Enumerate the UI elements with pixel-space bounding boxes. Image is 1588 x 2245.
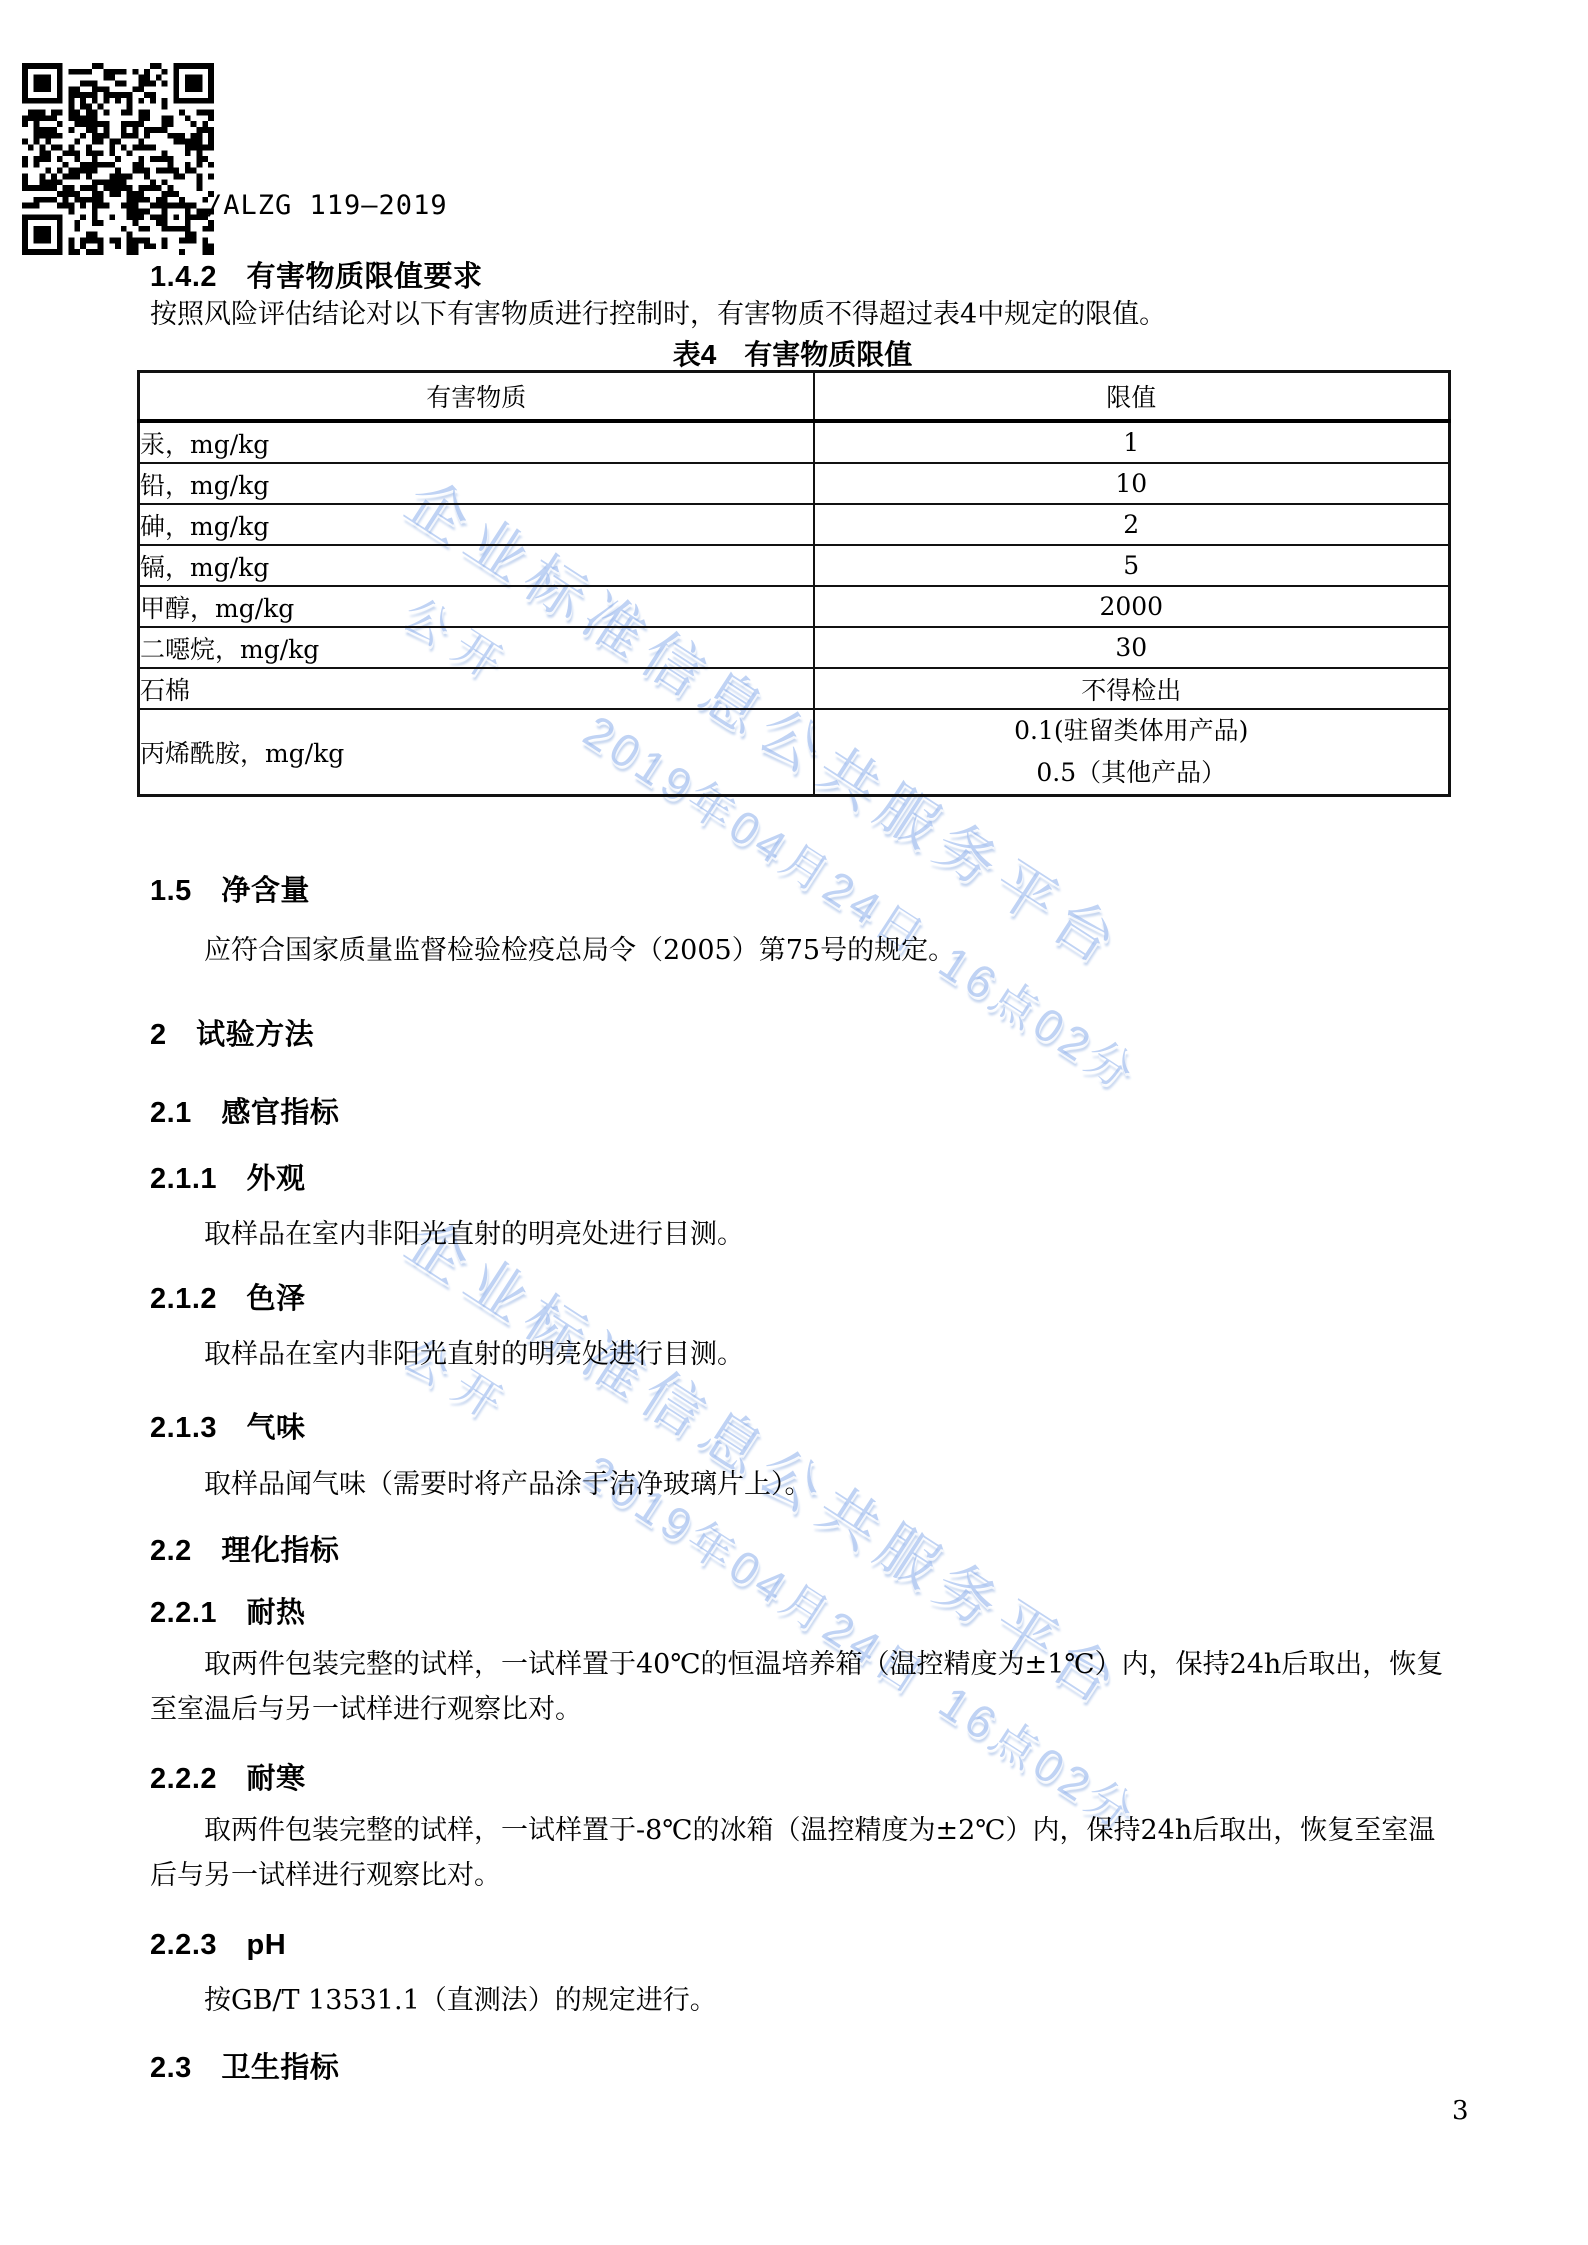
- table-row: 砷，mg/kg 2: [139, 504, 1450, 545]
- substance-cell: 石棉: [139, 668, 814, 709]
- section-1-5-title: 1.5 净含量: [150, 868, 310, 909]
- section-1-4-2-body: 按照风险评估结论对以下有害物质进行控制时，有害物质不得超过表4中规定的限值。: [150, 292, 1452, 337]
- watermark-lower: 企业标准信息公共服务平台 公开 2019年04月24日 16点02分: [304, 1170, 1212, 1845]
- table-row: 二噁烷，mg/kg 30: [139, 627, 1450, 668]
- section-2-1-3-title: 2.1.3 气味: [150, 1405, 306, 1446]
- section-2-2-1-title: 2.2.1 耐热: [150, 1590, 306, 1631]
- substance-cell: 铅，mg/kg: [139, 463, 814, 504]
- table-row: 镉，mg/kg 5: [139, 545, 1450, 586]
- limit-cell: 30: [814, 627, 1450, 668]
- table-header-row: 有害物质 限值: [139, 372, 1450, 422]
- table4-harmful-substance-limits: 有害物质 限值 汞，mg/kg 1 铅，mg/kg 10 砷，mg/kg 2 镉…: [137, 370, 1451, 797]
- limit-cell: 1: [814, 421, 1450, 463]
- substance-cell: 砷，mg/kg: [139, 504, 814, 545]
- section-2-2-1-body: 取两件包装完整的试样，一试样置于40℃的恒温培养箱（温控精度为±1℃）内，保持2…: [150, 1642, 1452, 1732]
- section-2-1-title: 2.1 感官指标: [150, 1090, 339, 1131]
- section-2-2-3-body: 按GB/T 13531.1（直测法）的规定进行。: [150, 1978, 1452, 2023]
- column-header-limit: 限值: [814, 372, 1450, 422]
- section-1-5-body: 应符合国家质量监督检验检疫总局令（2005）第75号的规定。: [150, 928, 1452, 973]
- table-row: 甲醇，mg/kg 2000: [139, 586, 1450, 627]
- section-1-4-2-title: 1.4.2 有害物质限值要求: [150, 254, 483, 295]
- standard-code: /ALZG 119—2019: [206, 190, 448, 221]
- substance-cell: 汞，mg/kg: [139, 421, 814, 463]
- limit-cell: 2000: [814, 586, 1450, 627]
- section-2-2-2-body: 取两件包装完整的试样，一试样置于-8℃的冰箱（温控精度为±2℃）内，保持24h后…: [150, 1808, 1452, 1898]
- substance-cell: 甲醇，mg/kg: [139, 586, 814, 627]
- page-number: 3: [1452, 2096, 1469, 2126]
- qr-code-icon: [22, 63, 214, 255]
- column-header-substance: 有害物质: [139, 372, 814, 422]
- section-2-1-1-body: 取样品在室内非阳光直射的明亮处进行目测。: [150, 1212, 1452, 1257]
- table-row: 汞，mg/kg 1: [139, 421, 1450, 463]
- table-row: 丙烯酰胺，mg/kg 0.1(驻留类体用产品) 0.5（其他产品）: [139, 709, 1450, 796]
- table-row: 石棉 不得检出: [139, 668, 1450, 709]
- section-2-1-2-body: 取样品在室内非阳光直射的明亮处进行目测。: [150, 1332, 1452, 1377]
- table-row: 铅，mg/kg 10: [139, 463, 1450, 504]
- substance-cell: 二噁烷，mg/kg: [139, 627, 814, 668]
- limit-cell: 不得检出: [814, 668, 1450, 709]
- limit-cell: 5: [814, 545, 1450, 586]
- document-page: 企业标准信息公共服务平台 公开 2019年04月24日 16点02分 企业标准信…: [0, 0, 1588, 2245]
- section-2-2-title: 2.2 理化指标: [150, 1528, 339, 1569]
- limit-cell: 2: [814, 504, 1450, 545]
- table4-caption: 表4 有害物质限值: [137, 333, 1448, 373]
- substance-cell: 镉，mg/kg: [139, 545, 814, 586]
- limit-line-2: 0.5（其他产品）: [815, 752, 1449, 794]
- section-2-2-3-title: 2.2.3 pH: [150, 1922, 286, 1963]
- section-2-3-title: 2.3 卫生指标: [150, 2045, 339, 2086]
- limit-cell: 10: [814, 463, 1450, 504]
- section-2-1-2-title: 2.1.2 色泽: [150, 1276, 306, 1317]
- section-2-1-1-title: 2.1.1 外观: [150, 1156, 306, 1197]
- section-2-2-2-title: 2.2.2 耐寒: [150, 1756, 306, 1797]
- substance-cell: 丙烯酰胺，mg/kg: [139, 709, 814, 796]
- limit-cell: 0.1(驻留类体用产品) 0.5（其他产品）: [814, 709, 1450, 796]
- section-2-title: 2 试验方法: [150, 1012, 314, 1053]
- section-2-1-3-body: 取样品闻气味（需要时将产品涂于洁净玻璃片上）。: [150, 1462, 1452, 1507]
- limit-line-1: 0.1(驻留类体用产品): [815, 710, 1449, 752]
